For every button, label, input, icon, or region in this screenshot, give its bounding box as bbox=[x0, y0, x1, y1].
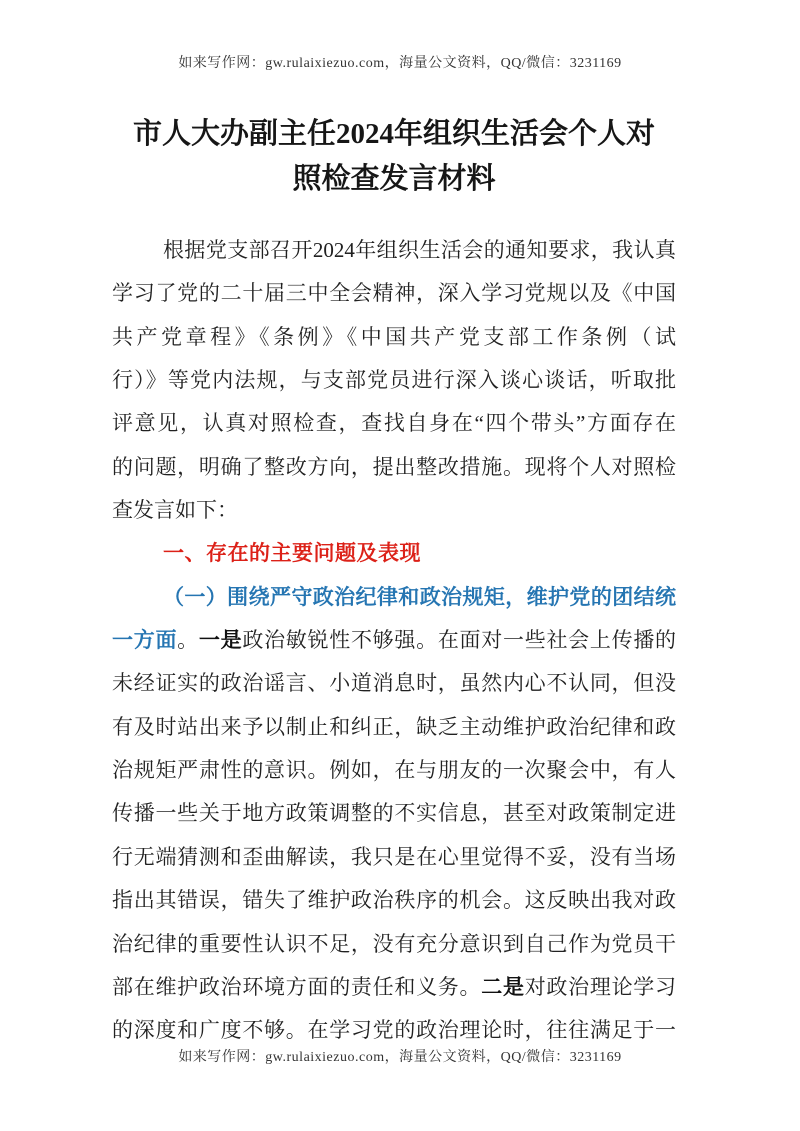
text-line: 治纪律的重要性认识不足，没有充分意识到自己作为党员干 bbox=[112, 923, 676, 966]
body-text: 行）》等党内法规，与支部党员进行深入谈心谈话，听取批 bbox=[112, 368, 676, 392]
body-text: 共产党章程》《条例》《中国共产党支部工作条例（试 bbox=[112, 325, 676, 349]
text-line: 治规矩严肃性的意识。例如，在与朋友的一次聚会中，有人 bbox=[112, 749, 676, 792]
document-page: 如来写作网：gw.rulaixiezuo.com，海量公文资料，QQ/微信：32… bbox=[0, 0, 800, 1131]
text-line: 的问题，明确了整改方向，提出整改措施。现将个人对照检 bbox=[112, 446, 676, 489]
body-text: 未经证实的政治谣言、小道消息时，虽然内心不认同，但没 bbox=[112, 671, 676, 695]
page-footer: 如来写作网：gw.rulaixiezuo.com，海量公文资料，QQ/微信：32… bbox=[0, 1046, 800, 1066]
text-line: 行）》等党内法规，与支部党员进行深入谈心谈话，听取批 bbox=[112, 359, 676, 402]
paragraph-issue-1: （一）围绕严守政治纪律和政治规矩，维护党的团结统一方面。一是政治敏锐性不够强。在… bbox=[112, 576, 676, 1053]
body-text: 学习了党的二十届三中全会精神，深入学习党规以及《中国 bbox=[112, 281, 676, 305]
title-line-2: 照检查发言材料 bbox=[112, 157, 676, 202]
text-line: 指出其错误，错失了维护政治秩序的机会。这反映出我对政 bbox=[112, 879, 676, 922]
body-text: 指出其错误，错失了维护政治秩序的机会。这反映出我对政 bbox=[112, 888, 676, 912]
text-line: 查发言如下： bbox=[112, 489, 676, 532]
text-line: 共产党章程》《条例》《中国共产党支部工作条例（试 bbox=[112, 316, 676, 359]
body-text: 查发言如下： bbox=[112, 498, 238, 522]
body-text: 行无端猜测和歪曲解读，我只是在心里觉得不妥，没有当场 bbox=[112, 845, 676, 869]
body-text: 对政治理论学习 bbox=[525, 975, 676, 999]
body-text: 有及时站出来予以制止和纠正，缺乏主动维护政治纪律和政 bbox=[112, 715, 676, 739]
body-text: 传播一些关于地方政策调整的不实信息，甚至对政策制定进 bbox=[112, 801, 676, 825]
paragraph-intro: 根据党支部召开2024年组织生活会的通知要求，我认真学习了党的二十届三中全会精神… bbox=[112, 229, 676, 532]
page-header: 如来写作网：gw.rulaixiezuo.com，海量公文资料，QQ/微信：32… bbox=[0, 52, 800, 72]
footer-watermark-text: 如来写作网：gw.rulaixiezuo.com，海量公文资料，QQ/微信：32… bbox=[178, 1050, 621, 1065]
text-line: 行无端猜测和歪曲解读，我只是在心里觉得不妥，没有当场 bbox=[112, 836, 676, 879]
text-line: 部在维护政治环境方面的责任和义务。二是对政治理论学习 bbox=[112, 966, 676, 1009]
emphasis-bold-text: 二是 bbox=[481, 976, 524, 999]
highlight-blue-text: 一方面 bbox=[112, 628, 177, 652]
text-line: 学习了党的二十届三中全会精神，深入学习党规以及《中国 bbox=[112, 272, 676, 315]
text-line: 传播一些关于地方政策调整的不实信息，甚至对政策制定进 bbox=[112, 792, 676, 835]
title-line-1: 市人大办副主任2024年组织生活会个人对 bbox=[112, 112, 676, 157]
body-text: 的深度和广度不够。在学习党的政治理论时，往往满足于一 bbox=[112, 1018, 676, 1042]
body-text: 治规矩严肃性的意识。例如，在与朋友的一次聚会中，有人 bbox=[112, 758, 676, 782]
body-text: 评意见，认真对照检查，查找自身在“四个带头”方面存在 bbox=[112, 411, 676, 435]
body-text: 治纪律的重要性认识不足，没有充分意识到自己作为党员干 bbox=[112, 932, 676, 956]
body-text: 的问题，明确了整改方向，提出整改措施。现将个人对照检 bbox=[112, 455, 676, 479]
header-watermark-text: 如来写作网：gw.rulaixiezuo.com，海量公文资料，QQ/微信：32… bbox=[178, 56, 621, 71]
emphasis-bold-text: 一是 bbox=[199, 629, 242, 652]
text-line: 有及时站出来予以制止和纠正，缺乏主动维护政治纪律和政 bbox=[112, 706, 676, 749]
text-line: （一）围绕严守政治纪律和政治规矩，维护党的团结统 bbox=[112, 576, 676, 619]
body-text: 政治敏锐性不够强。在面对一些社会上传播的 bbox=[242, 628, 676, 652]
text-line: 根据党支部召开2024年组织生活会的通知要求，我认真 bbox=[112, 229, 676, 272]
text-line: 一方面。一是政治敏锐性不够强。在面对一些社会上传播的 bbox=[112, 619, 676, 662]
section-1-heading: 一、存在的主要问题及表现 bbox=[112, 532, 676, 575]
text-line: 评意见，认真对照检查，查找自身在“四个带头”方面存在 bbox=[112, 402, 676, 445]
body-text: 根据党支部召开2024年组织生活会的通知要求，我认真 bbox=[163, 238, 676, 262]
body-text: 部在维护政治环境方面的责任和义务。 bbox=[112, 975, 481, 999]
body-text: 。 bbox=[177, 628, 199, 652]
document-body: 根据党支部召开2024年组织生活会的通知要求，我认真学习了党的二十届三中全会精神… bbox=[112, 229, 676, 1053]
document-title: 市人大办副主任2024年组织生活会个人对 照检查发言材料 bbox=[112, 112, 676, 202]
text-line: 未经证实的政治谣言、小道消息时，虽然内心不认同，但没 bbox=[112, 662, 676, 705]
highlight-blue-text: （一）围绕严守政治纪律和政治规矩，维护党的团结统 bbox=[163, 585, 676, 609]
